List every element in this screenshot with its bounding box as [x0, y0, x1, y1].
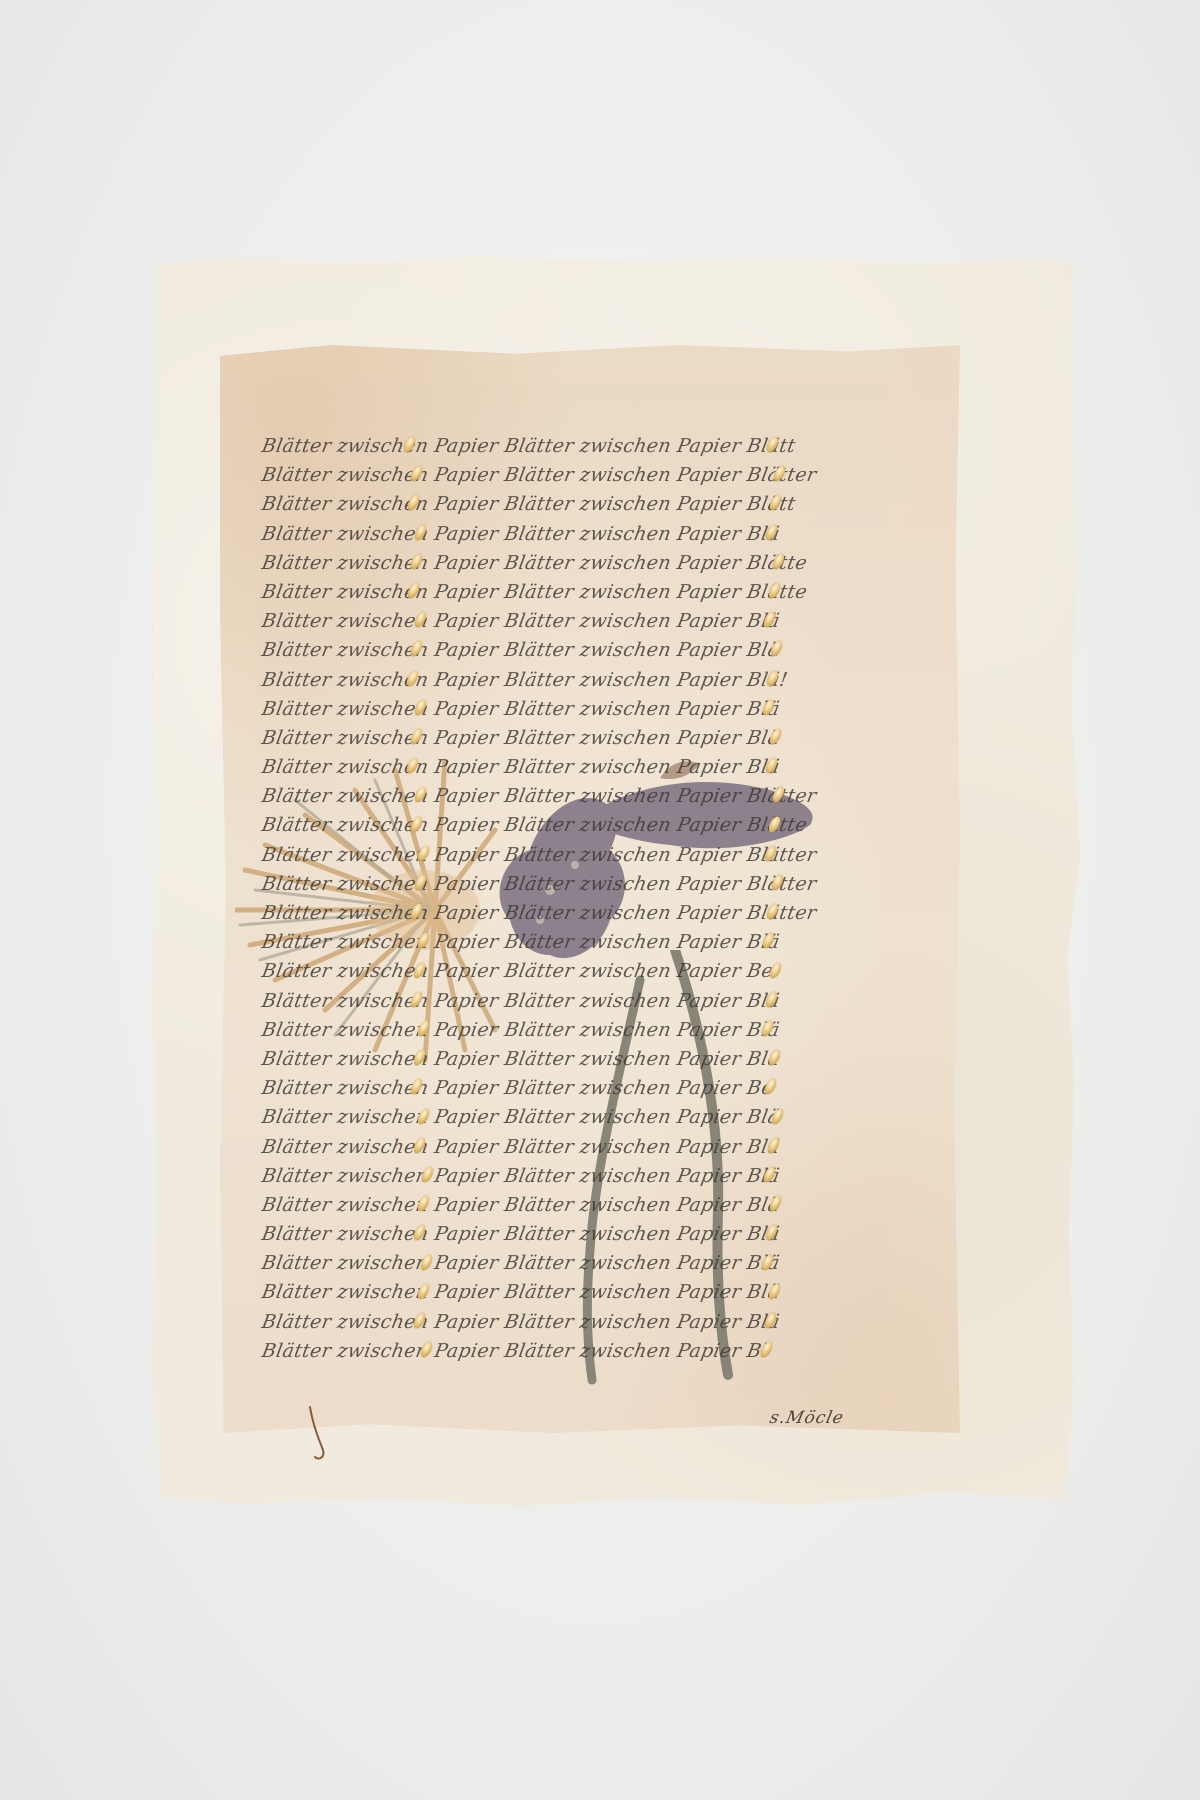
- script-line: Blätter zwischen Papier Blätter zwischen…: [259, 782, 784, 811]
- script-line: Blätter zwischen Papier Blätter zwischen…: [259, 1162, 784, 1191]
- script-line: Blätter zwischen Papier Blätter zwischen…: [259, 957, 784, 986]
- script-line: Blätter zwischen Papier Blätter zwischen…: [259, 607, 784, 636]
- script-line: Blätter zwischen Papier Blätter zwischen…: [259, 520, 784, 549]
- script-line: Blätter zwischen Papier Blätter zwischen…: [259, 987, 784, 1016]
- script-line: Blätter zwischen Papier Blätter zwischen…: [259, 899, 784, 928]
- artist-signature: s.Möcle: [768, 1408, 846, 1428]
- handwritten-text-block: Blätter zwischen Papier Blätter zwischen…: [262, 432, 782, 1366]
- script-line: Blätter zwischen Papier Blätter zwischen…: [259, 1103, 784, 1132]
- script-line: Blätter zwischen Papier Blätter zwischen…: [259, 1278, 784, 1307]
- script-line: Blätter zwischen Papier Blätter zwischen…: [259, 1045, 784, 1074]
- script-line: Blätter zwischen Papier Blätter zwischen…: [259, 666, 784, 695]
- script-line: Blätter zwischen Papier Blätter zwischen…: [259, 432, 784, 461]
- script-line: Blätter zwischen Papier Blätter zwischen…: [259, 928, 784, 957]
- script-line: Blätter zwischen Papier Blätter zwischen…: [259, 1308, 784, 1337]
- script-line: Blätter zwischen Papier Blätter zwischen…: [259, 1133, 784, 1162]
- script-line: Blätter zwischen Papier Blätter zwischen…: [259, 461, 784, 490]
- script-line: Blätter zwischen Papier Blätter zwischen…: [259, 1337, 784, 1366]
- script-line: Blätter zwischen Papier Blätter zwischen…: [259, 841, 784, 870]
- script-line: Blätter zwischen Papier Blätter zwischen…: [259, 549, 784, 578]
- script-line: Blätter zwischen Papier Blätter zwischen…: [259, 578, 784, 607]
- script-line: Blätter zwischen Papier Blätter zwischen…: [259, 1016, 784, 1045]
- script-line: Blätter zwischen Papier Blätter zwischen…: [259, 695, 784, 724]
- script-line: Blätter zwischen Papier Blätter zwischen…: [259, 636, 784, 665]
- script-line: Blätter zwischen Papier Blätter zwischen…: [259, 724, 784, 753]
- script-line: Blätter zwischen Papier Blätter zwischen…: [259, 1191, 784, 1220]
- script-line: Blätter zwischen Papier Blätter zwischen…: [259, 1220, 784, 1249]
- script-line: Blätter zwischen Papier Blätter zwischen…: [259, 1249, 784, 1278]
- script-line: Blätter zwischen Papier Blätter zwischen…: [259, 811, 784, 840]
- script-line: Blätter zwischen Papier Blätter zwischen…: [259, 870, 784, 899]
- script-line: Blätter zwischen Papier Blätter zwischen…: [259, 753, 784, 782]
- script-line: Blätter zwischen Papier Blätter zwischen…: [259, 1074, 784, 1103]
- thread-fiber-icon: [305, 1405, 335, 1465]
- script-line: Blätter zwischen Papier Blätter zwischen…: [259, 490, 784, 519]
